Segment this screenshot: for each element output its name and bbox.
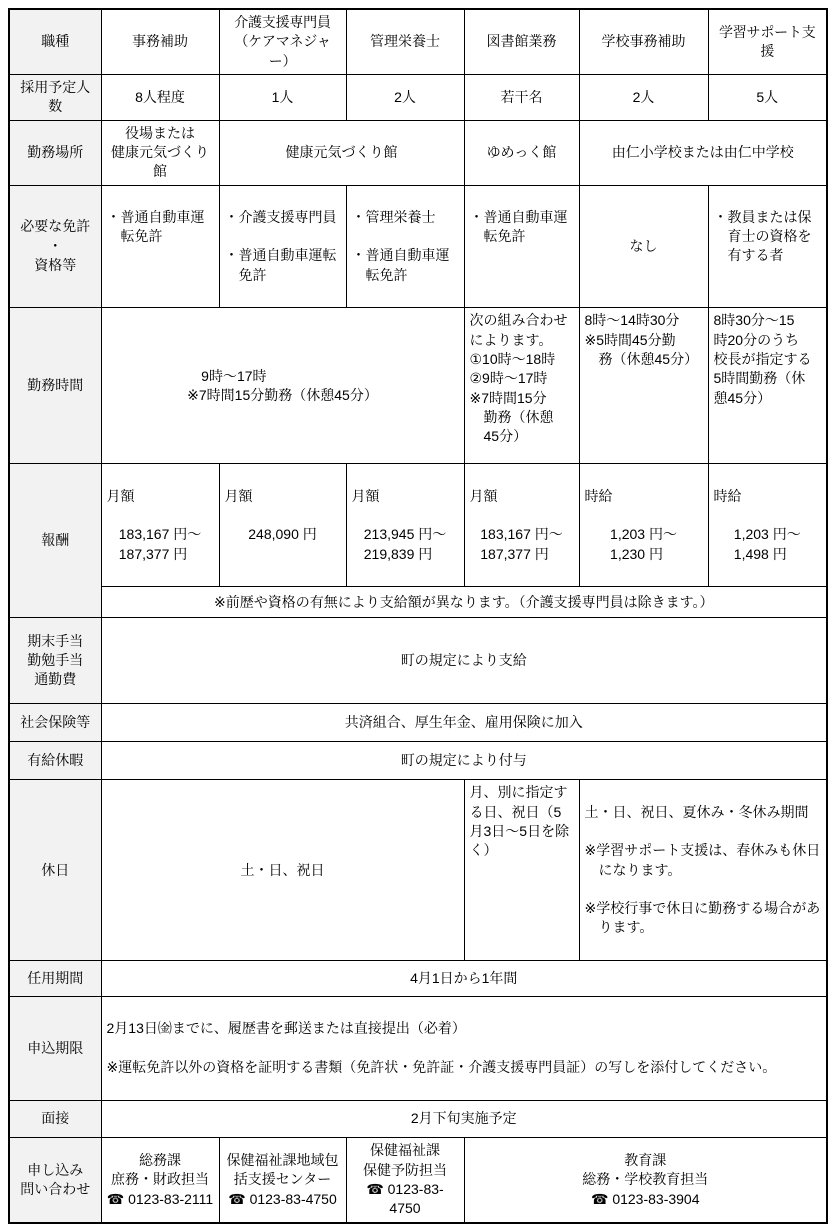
insurance-value: 共済組合、厚生年金、雇用保険に加入	[101, 704, 827, 742]
pay-type: 月額	[107, 487, 214, 506]
holidays-school-note: ※学習サポート支援は、春休みも休日になります。	[585, 841, 822, 880]
license-gakko: なし	[579, 185, 708, 308]
license-item: ・普通自動車運転免許	[225, 246, 341, 285]
pay-gakko: 時給 1,203 円～ 1,230 円	[579, 464, 708, 587]
workplace-kaigo-eiyo: 健康元気づくり館	[219, 120, 464, 185]
deadline-note: ※運転免許以外の資格を証明する書類（免許状・免許証・介護支援専門員証）の写しを添…	[107, 1058, 822, 1077]
hours-gakko: 8時～14時30分 ※5時間45分勤 務（休憩45分）	[579, 308, 708, 464]
holidays-school: 土・日、祝日、夏休み・冬休み期間 ※学習サポート支援は、春休みも休日になります。…	[579, 780, 827, 961]
job-type-kaigo: 介護支援専門員 （ケアマネジャー）	[219, 9, 346, 74]
pay-jimu: 月額 183,167 円～ 187,377 円	[101, 464, 219, 587]
row-paid-leave: 有給休暇 町の規定により付与	[9, 742, 827, 780]
hours-support: 8時30分～15 時20分のうち 校長が指定する 5時間勤務（休 憩45分）	[708, 308, 827, 464]
row-pay: 報酬 月額 183,167 円～ 187,377 円 月額 248,090 円 …	[9, 464, 827, 587]
holidays-school-note: ※学校行事で休日に勤務する場合があります。	[585, 899, 822, 938]
contact-kaigo: 保健福祉課地域包 括支援センター ☎ 0123-83-4750	[219, 1137, 346, 1223]
license-item: ・普通自動車運転免許	[470, 208, 574, 247]
deadline-value: 2月13日㈮までに、履歴書を郵送または直接提出（必着） ※運転免許以外の資格を証…	[101, 997, 827, 1101]
row-label-hires: 採用予定人数	[9, 74, 101, 120]
pay-tosho: 月額 183,167 円～ 187,377 円	[464, 464, 579, 587]
row-label-pay: 報酬	[9, 464, 101, 618]
pay-amount: 183,167 円～ 187,377 円	[480, 525, 563, 564]
job-type-gakko: 学校事務補助	[579, 9, 708, 74]
pay-type: 月額	[352, 487, 459, 506]
row-term: 任用期間 4月1日から1年間	[9, 961, 827, 997]
license-support: ・教員または保育士の資格を有する者	[708, 185, 827, 308]
row-interview: 面接 2月下旬実施予定	[9, 1100, 827, 1137]
term-value: 4月1日から1年間	[101, 961, 827, 997]
hires-kaigo: 1人	[219, 74, 346, 120]
hires-jimu: 8人程度	[101, 74, 219, 120]
hours-main-text: 9時～17時 ※7時間15分勤務（休憩45分）	[187, 367, 378, 406]
row-license: 必要な免許 ・ 資格等 ・普通自動車運転免許 ・介護支援専門員 ・普通自動車運転…	[9, 185, 827, 308]
workplace-jimu: 役場または 健康元気づくり館	[101, 120, 219, 185]
license-item: ・教員または保育士の資格を有する者	[714, 208, 822, 266]
row-insurance: 社会保険等 共済組合、厚生年金、雇用保険に加入	[9, 704, 827, 742]
row-allowance: 期末手当 勤勉手当 通勤費 町の規定により支給	[9, 618, 827, 704]
pay-amount: 213,945 円～ 219,839 円	[364, 525, 447, 564]
license-item: ・介護支援専門員	[225, 208, 341, 227]
row-label-license: 必要な免許 ・ 資格等	[9, 185, 101, 308]
hires-tosho: 若干名	[464, 74, 579, 120]
pay-eiyo: 月額 213,945 円～ 219,839 円	[346, 464, 464, 587]
pay-type: 月額	[225, 487, 341, 506]
allowance-value: 町の規定により支給	[101, 618, 827, 704]
workplace-tosho: ゆめっく館	[464, 120, 579, 185]
row-label-paid-leave: 有給休暇	[9, 742, 101, 780]
pay-note: ※前歴や資格の有無により支給額が異なります。（介護支援専門員は除きます。）	[101, 587, 827, 618]
hires-gakko: 2人	[579, 74, 708, 120]
license-tosho: ・普通自動車運転免許	[464, 185, 579, 308]
paid-leave-value: 町の規定により付与	[101, 742, 827, 780]
row-hours: 勤務時間 9時～17時 ※7時間15分勤務（休憩45分） 次の組み合わせ により…	[9, 308, 827, 464]
contact-eiyo: 保健福祉課 保健予防担当 ☎ 0123-83-4750	[346, 1137, 464, 1223]
license-item: ・普通自動車運転免許	[107, 208, 214, 247]
row-label-job-type: 職種	[9, 9, 101, 74]
pay-support: 時給 1,203 円～ 1,498 円	[708, 464, 827, 587]
row-label-interview: 面接	[9, 1100, 101, 1137]
row-label-hours: 勤務時間	[9, 308, 101, 464]
pay-amount: 1,203 円～ 1,230 円	[610, 525, 677, 564]
pay-amount: 248,090 円	[248, 525, 317, 544]
row-contact: 申し込み 問い合わせ 総務課 庶務・財政担当 ☎ 0123-83-2111 保健…	[9, 1137, 827, 1223]
contact-jimu: 総務課 庶務・財政担当 ☎ 0123-83-2111	[101, 1137, 219, 1223]
row-deadline: 申込期限 2月13日㈮までに、履歴書を郵送または直接提出（必着） ※運転免許以外…	[9, 997, 827, 1101]
hours-main: 9時～17時 ※7時間15分勤務（休憩45分）	[101, 308, 464, 464]
row-label-contact: 申し込み 問い合わせ	[9, 1137, 101, 1223]
interview-value: 2月下旬実施予定	[101, 1100, 827, 1137]
row-workplace: 勤務場所 役場または 健康元気づくり館 健康元気づくり館 ゆめっく館 由仁小学校…	[9, 120, 827, 185]
license-item: ・普通自動車運転免許	[352, 246, 459, 285]
job-type-jimu: 事務補助	[101, 9, 219, 74]
pay-type: 時給	[714, 487, 822, 506]
row-pay-note: ※前歴や資格の有無により支給額が異なります。（介護支援専門員は除きます。）	[9, 587, 827, 618]
row-label-holidays: 休日	[9, 780, 101, 961]
job-type-support: 学習サポート支援	[708, 9, 827, 74]
row-label-insurance: 社会保険等	[9, 704, 101, 742]
row-hires: 採用予定人数 8人程度 1人 2人 若干名 2人 5人	[9, 74, 827, 120]
job-type-eiyo: 管理栄養士	[346, 9, 464, 74]
job-type-tosho: 図書館業務	[464, 9, 579, 74]
holidays-tosho: 月、別に指定する日、祝日（5月3日～5日を除く）	[464, 780, 579, 961]
hires-support: 5人	[708, 74, 827, 120]
hours-tosho: 次の組み合わせ によります。 ①10時～18時 ②9時～17時 ※7時間15分 …	[464, 308, 579, 464]
holidays-school-line: 土・日、祝日、夏休み・冬休み期間	[585, 803, 822, 822]
workplace-school: 由仁小学校または由仁中学校	[579, 120, 827, 185]
contact-education: 教育課 総務・学校教育担当 ☎ 0123-83-3904	[464, 1137, 827, 1223]
deadline-line: 2月13日㈮までに、履歴書を郵送または直接提出（必着）	[107, 1019, 822, 1038]
license-jimu: ・普通自動車運転免許	[101, 185, 219, 308]
license-kaigo: ・介護支援専門員 ・普通自動車運転免許	[219, 185, 346, 308]
pay-amount: 1,203 円～ 1,498 円	[734, 525, 801, 564]
row-holidays: 休日 土・日、祝日 月、別に指定する日、祝日（5月3日～5日を除く） 土・日、祝…	[9, 780, 827, 961]
row-label-term: 任用期間	[9, 961, 101, 997]
row-label-workplace: 勤務場所	[9, 120, 101, 185]
license-item: ・管理栄養士	[352, 208, 459, 227]
row-label-allowance: 期末手当 勤勉手当 通勤費	[9, 618, 101, 704]
hires-eiyo: 2人	[346, 74, 464, 120]
pay-kaigo: 月額 248,090 円	[219, 464, 346, 587]
row-job-type: 職種 事務補助 介護支援専門員 （ケアマネジャー） 管理栄養士 図書館業務 学校…	[9, 9, 827, 74]
pay-amount: 183,167 円～ 187,377 円	[119, 525, 202, 564]
holidays-main: 土・日、祝日	[101, 780, 464, 961]
pay-type: 月額	[470, 487, 574, 506]
license-eiyo: ・管理栄養士 ・普通自動車運転免許	[346, 185, 464, 308]
row-label-deadline: 申込期限	[9, 997, 101, 1101]
recruitment-conditions-table: 職種 事務補助 介護支援専門員 （ケアマネジャー） 管理栄養士 図書館業務 学校…	[8, 8, 828, 1224]
pay-type: 時給	[585, 487, 703, 506]
